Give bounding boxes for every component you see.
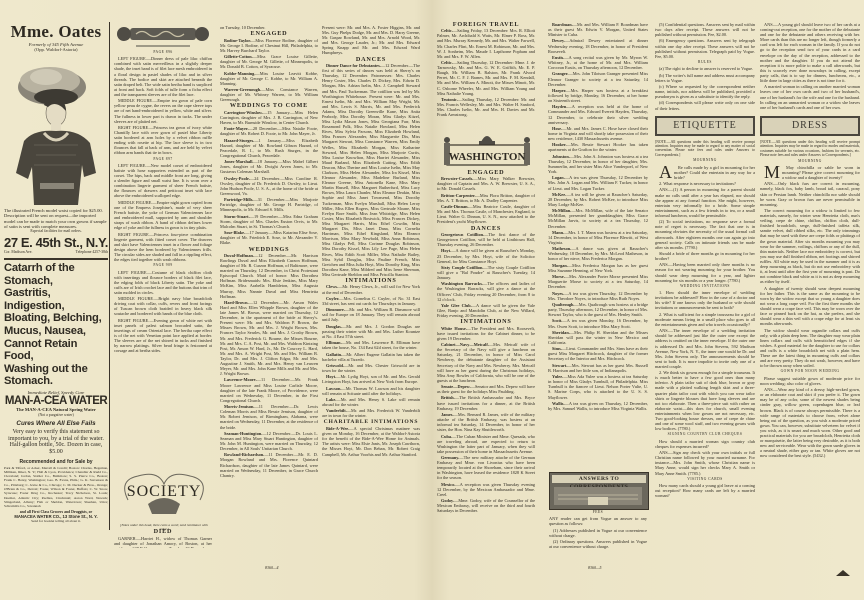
washington-intimation-entry: Godoy.—Mme. Godoy, wife of the Counsello…	[437, 498, 535, 513]
washington-engaged-entry: Castle-Dinnan.—Miss Beatrice Castle, dau…	[437, 204, 535, 224]
travel-entry: Celtic.—Sailing Friday, 13 December: Mrs…	[437, 28, 535, 59]
wedding-a1: ANS.—The inner envelope of a wedding inv…	[655, 328, 755, 369]
visiting-cards-heading: VISITING CARDS	[655, 477, 755, 482]
etiquette-a1: ANS.—(1) A person in mourning for a pare…	[655, 187, 755, 218]
washington-dance-entry: Yale Glee Club.—A dance will be given th…	[437, 303, 535, 318]
fashion-right-897: RIGHT FIGURE.—Princess four-piece combin…	[114, 232, 212, 263]
company-address: MANACEA WATER CO., 13 Stone St., N. Y.	[4, 514, 108, 519]
washington-personal-entry: Eustis.—A song recital was given by Mr. …	[548, 55, 648, 70]
washington-intimations-heading: INTIMATIONS	[437, 319, 535, 324]
fashion-left-909: LEFT FIGURE.—Costume of black chiffon cl…	[114, 270, 212, 295]
engaged-heading: ENGAGED	[220, 31, 318, 36]
washington-intimations-list: White House.—The President and Mrs. Roos…	[437, 326, 535, 514]
svg-text:WASHINGTON: WASHINGTON	[449, 151, 526, 163]
intimation-entry: Dinsmore.—Mr. and Mrs. William B. Dinsmo…	[322, 307, 420, 322]
intimation-entry: Hoyt.—Mr. Lydig Hoyt, son of Mr. and Mrs…	[322, 374, 420, 384]
washington-engaged-entry: Brewster-Cassels.—Miss Mary Walker Brews…	[437, 176, 535, 191]
wedding-to-come-entry: Foote-Mayer.—28 December.—Miss Natalie F…	[220, 126, 318, 136]
etiquette-q3: Should a bride of three months go in mou…	[655, 251, 755, 261]
washington-intimation-entry: Senate—Depew.—Senator and Mrs. Depew wil…	[437, 384, 535, 394]
ad-telephone: Telephone 4257-38th	[76, 250, 108, 254]
answers-banner: ANSWERS TO CORRESPONDENTS	[549, 472, 649, 510]
svg-text:SOCIETY: SOCIETY	[127, 483, 202, 500]
intimation-entry: Cuyler.—Mrs. Cornelius C. Cuyler, of No.…	[322, 296, 420, 306]
washington-personal-entry: Wallis.—A tea was given on Thursday, 12 …	[548, 401, 648, 411]
dress-a4: The widow should wear organdie collars a…	[760, 328, 860, 369]
etiquette-note: [NOTE.—All questions under this heading …	[655, 140, 755, 158]
ad-opp: (Opp. Waldorf-Astoria)	[4, 47, 108, 52]
etiquette-column: (5) Confidential questions. Answers sent…	[655, 22, 755, 552]
ornament-header	[116, 22, 210, 48]
wedding-to-come-entry: Jones-Marshall.—18 January.—Miss Mabel G…	[220, 159, 318, 174]
signing-q: How should a married woman sign country …	[655, 439, 755, 449]
washington-dance-entry: Georgetown Cotillion.—The first dance of…	[437, 232, 535, 247]
correspondents-illustration-icon	[550, 485, 646, 507]
washington-personal-entry: Dewey.—Admiral Dewey entertained at dinn…	[548, 38, 648, 53]
rule-item: (c) Where so requested by the correspond…	[655, 84, 755, 99]
fees-heading: FEES	[549, 510, 647, 515]
engaged-entry: Warren-Greenough.—Miss Constance Warren,…	[220, 87, 318, 102]
etiquette-banner: ETIQUETTE	[655, 116, 755, 136]
fee-item: (2) Ordinary questions. Answers publishe…	[549, 539, 647, 549]
engaged-list: Bodine-Taylor.—Miss Florence Bodine, dau…	[220, 38, 318, 103]
died-heading: DIED	[114, 529, 212, 534]
noon-wedding-heading: GOWN FOR NOON WEDDING	[760, 369, 860, 374]
etiquette-q2: 2. What response is necessary to invitat…	[655, 181, 755, 186]
washington-column: ENGAGED Brewster-Cassels.—Miss Mary Walk…	[437, 170, 535, 550]
washington-personal-entry: Scott.—A tea was given Monday, 16 Decemb…	[548, 318, 648, 328]
present-continued: Present were: Mr. and Mrs. A. Foster Hig…	[322, 25, 420, 56]
etiquette-a3: ANS.—Having been married only three mont…	[655, 262, 755, 282]
intimation-entry: Elliman.—Mr. and Mrs. Lawrence B. Ellima…	[322, 340, 420, 350]
column-rule	[109, 22, 110, 530]
washington-intimation-entry: Germany.—The new military attache of the…	[437, 455, 535, 480]
washington-engaged-list: Brewster-Cassels.—Miss Mary Walker Brews…	[437, 176, 535, 224]
washington-intimation-entry: James.—Mrs. Bernard R. James, wife of th…	[437, 412, 535, 432]
rules-heading: RULES	[655, 60, 755, 65]
product-name: MAN-A-CEA WATER	[4, 395, 108, 407]
dress-a2: The correct mourning for a widow is limi…	[760, 208, 860, 284]
ad-caption-description: Description will be sent on request—the …	[4, 213, 108, 229]
society-ornament-icon: SOCIETY	[118, 470, 210, 518]
ad-address: 27 E. 45th St., N.Y.	[4, 235, 108, 250]
fashion-right-909: RIGHT FIGURE.—Evening gown of white net …	[114, 318, 212, 354]
model-illustration	[4, 55, 108, 205]
fashion-right-896: RIGHT FIGURE.—Princess tea gown of ivory…	[114, 125, 212, 156]
recommended-heading: Recommended and for Sale by	[4, 459, 108, 465]
wedding-entry: Lawrence-Moore.—11 December.—Mr. Frank M…	[220, 377, 318, 402]
page-ref-909: PAGE 909	[114, 263, 212, 268]
wedding-entry: Morris-Jemison.—11 December.—Dr. Lewis C…	[220, 404, 318, 429]
washington-engaged-heading: ENGAGED	[437, 170, 535, 175]
signing-cheques-heading: SIGNING COUNTRY CLUB CHEQUES	[655, 432, 755, 437]
washington-personal-entry: Yulee.—Miss Ada Yulee was a hostess at t…	[548, 374, 648, 399]
wedding-to-come-entry: Hazard-Sturges.—1 January.—Miss Elizabet…	[220, 138, 318, 158]
intimation-entry: Gallatin.—Mr. Albert Eugene Gallatin has…	[322, 352, 420, 362]
ad-divider	[4, 258, 108, 260]
washington-personal-entry: Harper.—Mrs. Harper was hostess at a bre…	[548, 88, 648, 103]
signing-a: ANS.—Sign any check with your own initia…	[655, 450, 755, 475]
visiting-q: How many cards should a young girl leave…	[655, 483, 755, 498]
washington-personal-entry: Morse.—Mrs. Alexander Porter Morse prese…	[548, 274, 648, 289]
washington-personal-entry: Hose.—Mr. and Mrs. James C. Hose have cl…	[548, 126, 648, 141]
visiting-a1: ANS.—A young girl should leave two of he…	[760, 22, 860, 83]
rule-item: (a) The right to decline to answer is re…	[655, 66, 755, 71]
fee-item: (5) Confidential questions. Answers sent…	[655, 22, 755, 37]
washington-personal-entry: Sims.—Lieut. Commander and Mrs. Sims hav…	[548, 346, 648, 361]
intimation-entry: Lake.—Mr. and Mrs. Henry S. Lake will re…	[322, 397, 420, 407]
washington-intimation-entry: British.—The British Ambassador and Mrs.…	[437, 395, 535, 410]
washington-dances-list: Georgetown Cotillion.—The first dance of…	[437, 232, 535, 318]
dress-banner: DRESS	[760, 116, 860, 136]
rule-item: (b) The writer's full name and address m…	[655, 73, 755, 83]
washington-personal-entry: Boardman.—Mr. and Mrs. William F. Boardm…	[548, 22, 648, 37]
weddings-to-come-list: Carrington-Winslow.—15 January.—Miss Hel…	[220, 110, 318, 246]
page-ref-896: PAGE 896	[114, 50, 212, 55]
etiquette-q1: ARe calls made by a girl in mourning for…	[655, 165, 755, 180]
catarrh-line: Washing out the Stomach.	[4, 363, 108, 388]
right-page-number: 8360—5	[588, 565, 602, 570]
washington-intimation-entry: White House.—The President and Mrs. Roos…	[437, 326, 535, 341]
weddings-list: Duval-Hoffman.—12 December.—Mr. Harrison…	[220, 253, 318, 478]
catarrh-line: Mucus, Nausea,	[4, 325, 108, 338]
wedding-entry: Duval-Hoffman.—12 December.—Mr. Harrison…	[220, 253, 318, 299]
answers-intro: ANY reader can get from Vogue an answer …	[549, 516, 647, 526]
not-purgative: (Not a purgative water)	[4, 413, 108, 418]
washington-personal-entry: Stewart.—Mrs. Stewart has as her guest M…	[548, 363, 648, 373]
intimation-entry: Clews.—Mr. Henry Clews, Jr., will sail f…	[322, 284, 420, 294]
washington-intimation-entry: Cuba.—The Cuban Minister and Mme. Quesad…	[437, 434, 535, 454]
washington-dance-entry: Hoyt.—A dance will be given at Rauscher'…	[437, 248, 535, 263]
intimations-list: Clews.—Mr. Henry Clews, Jr., will sail f…	[322, 284, 420, 418]
left-page-number: 8360—4	[265, 565, 279, 570]
washington-personal-entry: Qualtrough.—Mrs. Qualtrough was hostess …	[548, 302, 648, 317]
oates-advertisement: Mme. Oates Formerly of 345 Fifth Avenue …	[4, 0, 108, 254]
dance-entry: Dinner Dance for Debutantes.—12 December…	[322, 63, 420, 277]
engaged-entry: Bodine-Taylor.—Miss Florence Bodine, dau…	[220, 38, 318, 53]
washington-personal-entry: Granger.—Mrs. John Tilotson Granger pres…	[548, 71, 648, 86]
charitable-heading: CHARITABLE INTIMATIONS	[322, 420, 420, 425]
fee-item: (6) Emergency questions. Answers sent by…	[655, 38, 755, 58]
answers-banner-title: ANSWERS TO CORRESPONDENTS	[552, 475, 646, 483]
fashion-left-897: LEFT FIGURE.—New model corset of embroid…	[114, 163, 212, 199]
dress-column: ANS.—A young girl should leave two of he…	[760, 22, 860, 552]
wedding-q2: 2. What is sufficient for a simple trous…	[655, 312, 755, 327]
product-subtitle: The MAN-A-CEA Natural Spring Water	[4, 407, 108, 412]
society-emblem: SOCIETY [Notes under this head, three ce…	[118, 470, 210, 528]
washington-personal-entry: Hayden.—A reception was held at the home…	[548, 104, 648, 124]
washington-personal-entry: Logan.—A tea was given Thursday, 12 Dece…	[548, 175, 648, 190]
washington-personal-entry: Mann.—Mrs. I. T. Mann was hostess at a t…	[548, 230, 648, 245]
washington-personal-list: Boardman.—Mr. and Mrs. William F. Boardm…	[548, 22, 648, 411]
wedding-entry: Rowland-Richardson.—11 December.—Mr. E. …	[220, 452, 318, 477]
noon-wedding-q: Please suggest suitable gown of moderate…	[760, 376, 860, 386]
ad-brand-name: Mme. Oates	[4, 22, 108, 42]
magazine-spread: Mme. Oates Formerly of 345 Fifth Avenue …	[0, 0, 864, 600]
washington-dance-entry: Washington Barracks.—The officers and la…	[437, 281, 535, 301]
foreign-travel-list: Celtic.—Sailing Friday, 13 December: Mrs…	[437, 28, 535, 117]
washington-dance-entry: Sixty Couple Cotillion.—The sixty Couple…	[437, 265, 535, 280]
cures-headline: Cures Where All Else Fails	[4, 420, 108, 427]
catarrh-headline: Catarrh of the Stomach,Gastritis, Indige…	[4, 262, 108, 388]
fashion-middle-896: MIDDLE FIGURE.—Empire tea gown of pale c…	[114, 98, 212, 123]
noon-wedding-a: ANS.—Wear any kind of a dressy high-neck…	[760, 387, 860, 458]
page-ref-897: PAGE 897	[114, 157, 212, 162]
etiquette-a2: (2) To social invitations, no response s…	[655, 219, 755, 250]
ad-corner: Cor. Madison Ave.	[4, 250, 32, 254]
dress-note: [NOTE.—All questions under this heading …	[760, 140, 860, 158]
society-column-b: Present were: Mr. and Mrs. A. Foster Hig…	[322, 25, 420, 545]
fashion-model-icon	[4, 55, 108, 205]
foreign-travel-heading: FOREIGN TRAVEL	[437, 22, 535, 27]
catarrh-line: Gastritis, Indigestion,	[4, 287, 108, 312]
washington-personal-entry: McKee.—A tea will be given at Rauscher's…	[548, 192, 648, 207]
washington-dances-heading: DANCES	[437, 226, 535, 231]
washington-intimation-entry: Cabinet—Navy—Metcalf.—Mrs. Metcalf wife …	[437, 342, 535, 383]
washington-personal-entry: Noyes.—A tea was given Thursday, 12 Dece…	[548, 291, 648, 301]
verify-text: Very easy to verify this statement so im…	[4, 429, 108, 455]
ornament-icon	[116, 22, 210, 48]
washington-personal-entry: Morgan.—Miss Frederica Morgan has as her…	[548, 263, 648, 273]
wedding-to-come-entry: Sose-Blake.—17 January.—Miss Katarina El…	[220, 230, 318, 245]
travel-entry: Teutonic.—Sailing Thursday, 12 December:…	[437, 97, 535, 117]
fashion-middle-909: MIDDLE FIGURE.—Bright navy blue broadclo…	[114, 296, 212, 316]
wedding-to-come-entry: Storm-Stuart.—19 December.—Miss Edna Gra…	[220, 214, 318, 229]
catarrh-line: Bloating, Belching,	[4, 312, 108, 325]
washington-personal-entry: Johnston.—Mrs. John A. Johnston was host…	[548, 154, 648, 174]
dances-heading: DANCES	[322, 57, 420, 62]
answers-fees: FEES ANY reader can get from Vogue an an…	[549, 510, 647, 550]
wedding-q1: 1. How should the inner envelope of wedd…	[655, 290, 755, 310]
wedding-to-come-entry: Partridge-Mills.—31 December.—Miss Marjo…	[220, 197, 318, 212]
catarrh-line: Catarrh of the Stomach,	[4, 262, 108, 287]
dress-a1: ANS.—Only black furs are correct in mour…	[760, 181, 860, 206]
washington-personal-entry: Matheson.—A dance was given at Rauscher'…	[548, 246, 648, 261]
intimation-entry: Vanderbilt.—Mr. and Mrs. Frederick W. Va…	[322, 408, 420, 418]
weddings-heading: WEDDINGS	[220, 247, 318, 252]
wedding-entry: Seaman-Huntington.—12 December.—Dr. Loui…	[220, 431, 318, 451]
dress-a3: A daughter of twenty should wear deepest…	[760, 286, 860, 327]
intimation-entry: Lawson.—Mr. Thomas W. Lawson and his dau…	[322, 386, 420, 396]
fashion-column: PAGE 896 LEFT FIGURE.—Dinner dress of pa…	[114, 22, 212, 542]
fee-item: (1) Addresses published in Vogue at our …	[549, 528, 647, 538]
fashion-middle-897: MIDDLE FIGURE.—Empire night gown copied …	[114, 200, 212, 231]
weddings-to-come-heading: WEDDINGS TO COME	[220, 103, 318, 108]
washington-column-right: Boardman.—Mr. and Mrs. William F. Boardm…	[548, 22, 648, 454]
visiting-a2: A married woman in calling on another ma…	[760, 84, 860, 109]
dealers-list: Park & Tilford, or Acker, Merrall & Cond…	[4, 466, 108, 509]
wedding-a2: 2. We think six gowns enough for a simpl…	[655, 370, 755, 431]
wedding-to-come-entry: Carrington-Winslow.—15 January.—Miss Hel…	[220, 110, 318, 125]
charitable-entry: Bide-A-Wee.—A special Christmas matinee …	[322, 426, 420, 457]
society-column-a: on Tuesday, 10 December. ENGAGED Bodine-…	[220, 25, 318, 545]
intimation-entry: Griswold.—Mr. and Mrs. Chester Griswold …	[322, 363, 420, 373]
washington-intimation-entry: Mexico.—A reception was given Thursday e…	[437, 482, 535, 497]
died-entry: GARNER.—Harriet H., widow of Thomas Garn…	[114, 536, 212, 548]
wedding-invitations-heading: WEDDING INVITATIONS	[655, 284, 755, 289]
wedding-to-come-entry: Owsley-Poole.—24 December.—Miss Caroline…	[220, 176, 318, 196]
booklet-text: Send for booklet telling all about it.	[4, 519, 108, 523]
wedding-entry: Hard-Brown.—12 December.—Mr. Anson Wales…	[220, 300, 318, 376]
engaged-entry: Kobbe-Manning.—Miss Louise Leavitt Kobbe…	[220, 71, 318, 86]
capitol-dome-icon: WASHINGTON	[441, 132, 533, 168]
engaged-entry: Gillette-Cotton.—Miss Grace Louise Gille…	[220, 54, 318, 69]
washington-banner: WASHINGTON	[441, 132, 533, 168]
died-section: DIED GARNER.—Harriet H., widow of Thomas…	[114, 528, 212, 548]
washington-personal-entry: Hooker.—Mrs. Bessie Stewart Hooker has t…	[548, 142, 648, 152]
catarrh-line: Cannot Retain Food,	[4, 338, 108, 363]
fashion-left-896: LEFT FIGURE.—Dinner dress of pale lilac …	[114, 56, 212, 97]
dress-q: MMay chinchilla or sable be worn in mour…	[760, 165, 860, 180]
rule-item: (d) Correspondents will please write onl…	[655, 100, 755, 110]
travel-entry: Celtic.—Sailing Thursday, 12 December: M…	[437, 60, 535, 96]
foreign-travel-section: FOREIGN TRAVEL Celtic.—Sailing Friday, 1…	[437, 22, 535, 130]
manacea-advertisement: Catarrh of the Stomach,Gastritis, Indige…	[4, 262, 108, 523]
intimations-heading: INTIMATIONS	[322, 278, 420, 283]
washington-engaged-entry: Britton-Carpenter.—Miss Flora Britton, d…	[437, 193, 535, 203]
washington-personal-entry: Sheridan.—Mrs. Philip H. Sheridan and th…	[548, 330, 648, 345]
washington-personal-entry: McMillan.—Mrs. McMillan, wife of the lat…	[548, 208, 648, 228]
intimation-entry: Douglas.—Mr. and Mrs. J. Gordon Douglas …	[322, 324, 420, 339]
vogue-mark-icon	[836, 563, 850, 581]
